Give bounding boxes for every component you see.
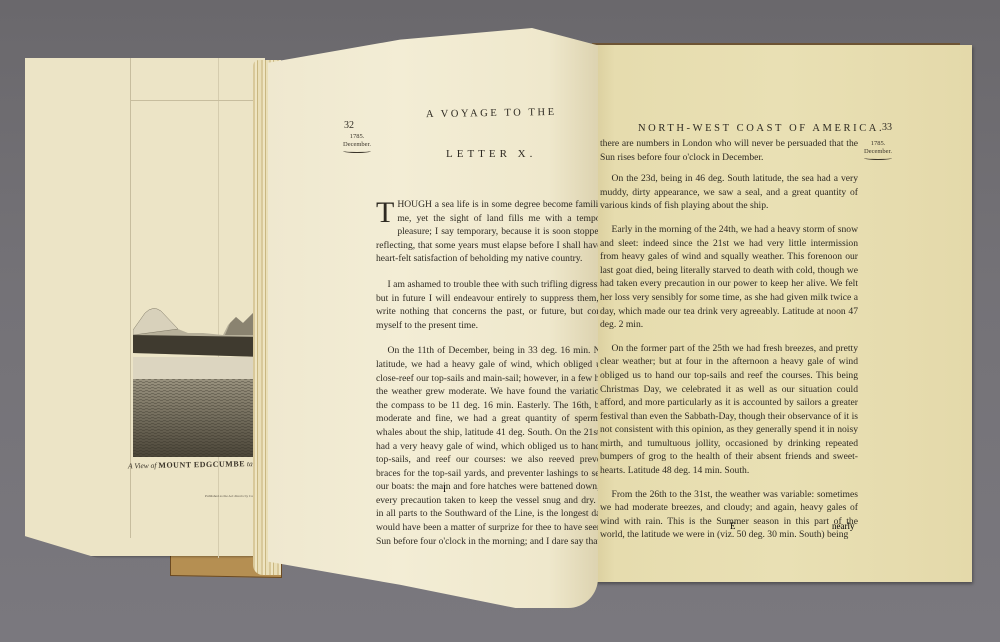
letter-heading: LETTER X.: [446, 148, 536, 160]
running-head: A VOYAGE TO THE: [426, 107, 557, 120]
paragraph: From the 26th to the 31st, the weather w…: [600, 488, 858, 542]
paragraph: Early in the morning of the 24th, we had…: [600, 223, 858, 332]
page-number: 33: [882, 122, 892, 133]
paragraph: THOUGH a sea life is in some degree beco…: [376, 198, 616, 266]
margin-note-date: 1785. December.: [860, 140, 896, 160]
signature-mark: E: [730, 521, 736, 531]
signature-mark: I: [443, 484, 446, 494]
catchword: nearly: [832, 521, 855, 531]
left-page-body: THOUGH a sea life is in some degree beco…: [376, 198, 616, 548]
engraving-mount-edgcumbe: [133, 305, 263, 457]
right-page: NORTH-WEST COAST OF AMERICA. 33 1785. De…: [592, 45, 972, 582]
margin-year: 1785.: [340, 133, 374, 141]
brace-icon: [343, 149, 370, 153]
caption-title: MOUNT EDGCUMBE: [158, 459, 245, 470]
paragraph: On the 23d, being in 46 deg. South latit…: [600, 172, 858, 213]
paragraph: there are numbers in London who will nev…: [600, 137, 858, 164]
right-page-body: there are numbers in London who will nev…: [600, 137, 858, 542]
running-head: NORTH-WEST COAST OF AMERICA.: [638, 123, 884, 134]
margin-month: December.: [340, 141, 374, 149]
margin-note-date: 1785. December.: [340, 133, 374, 153]
paragraph: On the 11th of December, being in 33 deg…: [376, 344, 616, 548]
drop-cap: T: [376, 200, 394, 226]
paragraph: On the former part of the 25th we had fr…: [600, 342, 858, 478]
paragraph: I am ashamed to trouble thee with such t…: [376, 278, 616, 332]
brace-icon: [864, 156, 893, 160]
page-number: 32: [344, 120, 354, 131]
plate-fold-line: [130, 100, 265, 101]
caption-prefix: A View of: [128, 461, 159, 471]
left-page: 32 1785. December. A VOYAGE TO THE LETTE…: [268, 28, 598, 608]
paragraph-text: HOUGH a sea life is in some degree becom…: [376, 199, 616, 264]
margin-month: December.: [860, 148, 896, 156]
margin-year: 1785.: [860, 140, 896, 148]
